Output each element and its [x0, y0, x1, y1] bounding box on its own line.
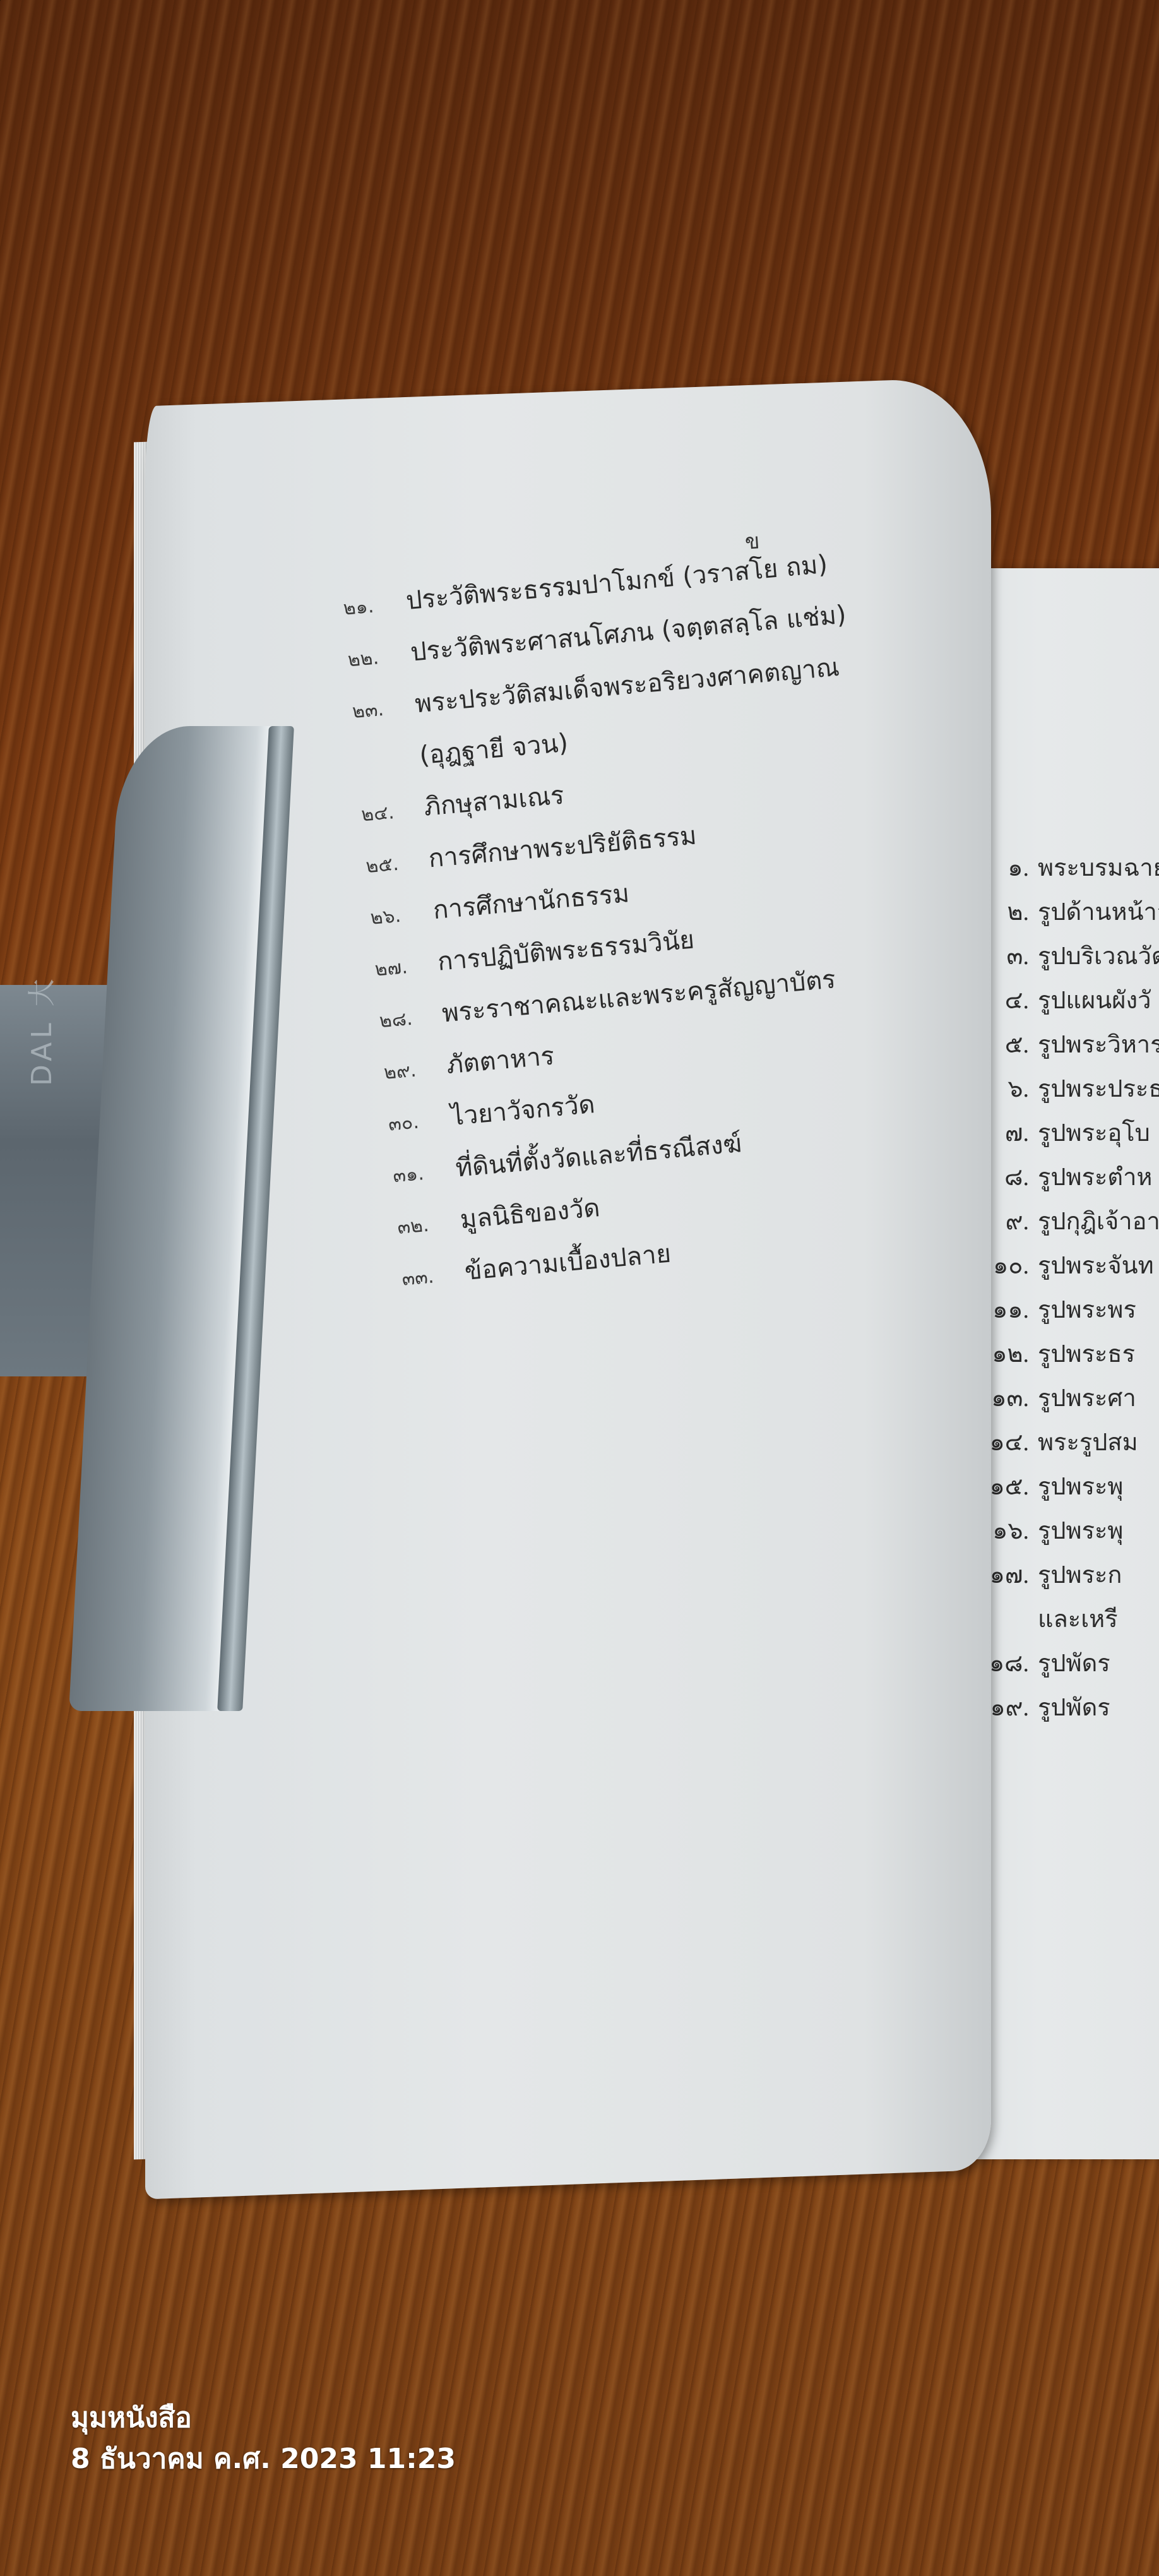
table-of-contents: ๒๑.ประวัติพระธรรมปาโมกข์ (วราสโย ถม) ๒๒.…: [341, 537, 903, 1303]
clip-engraving: DAL 大: [19, 975, 59, 1086]
table-crack: [0, 0, 63, 39]
watermark-timestamp: 8 ธันวาคม ค.ศ. 2023 11:23: [71, 2437, 456, 2481]
photo-watermark: มุมหนังสือ 8 ธันวาคม ค.ศ. 2023 11:23: [71, 2399, 456, 2481]
watermark-title: มุมหนังสือ: [71, 2399, 456, 2437]
